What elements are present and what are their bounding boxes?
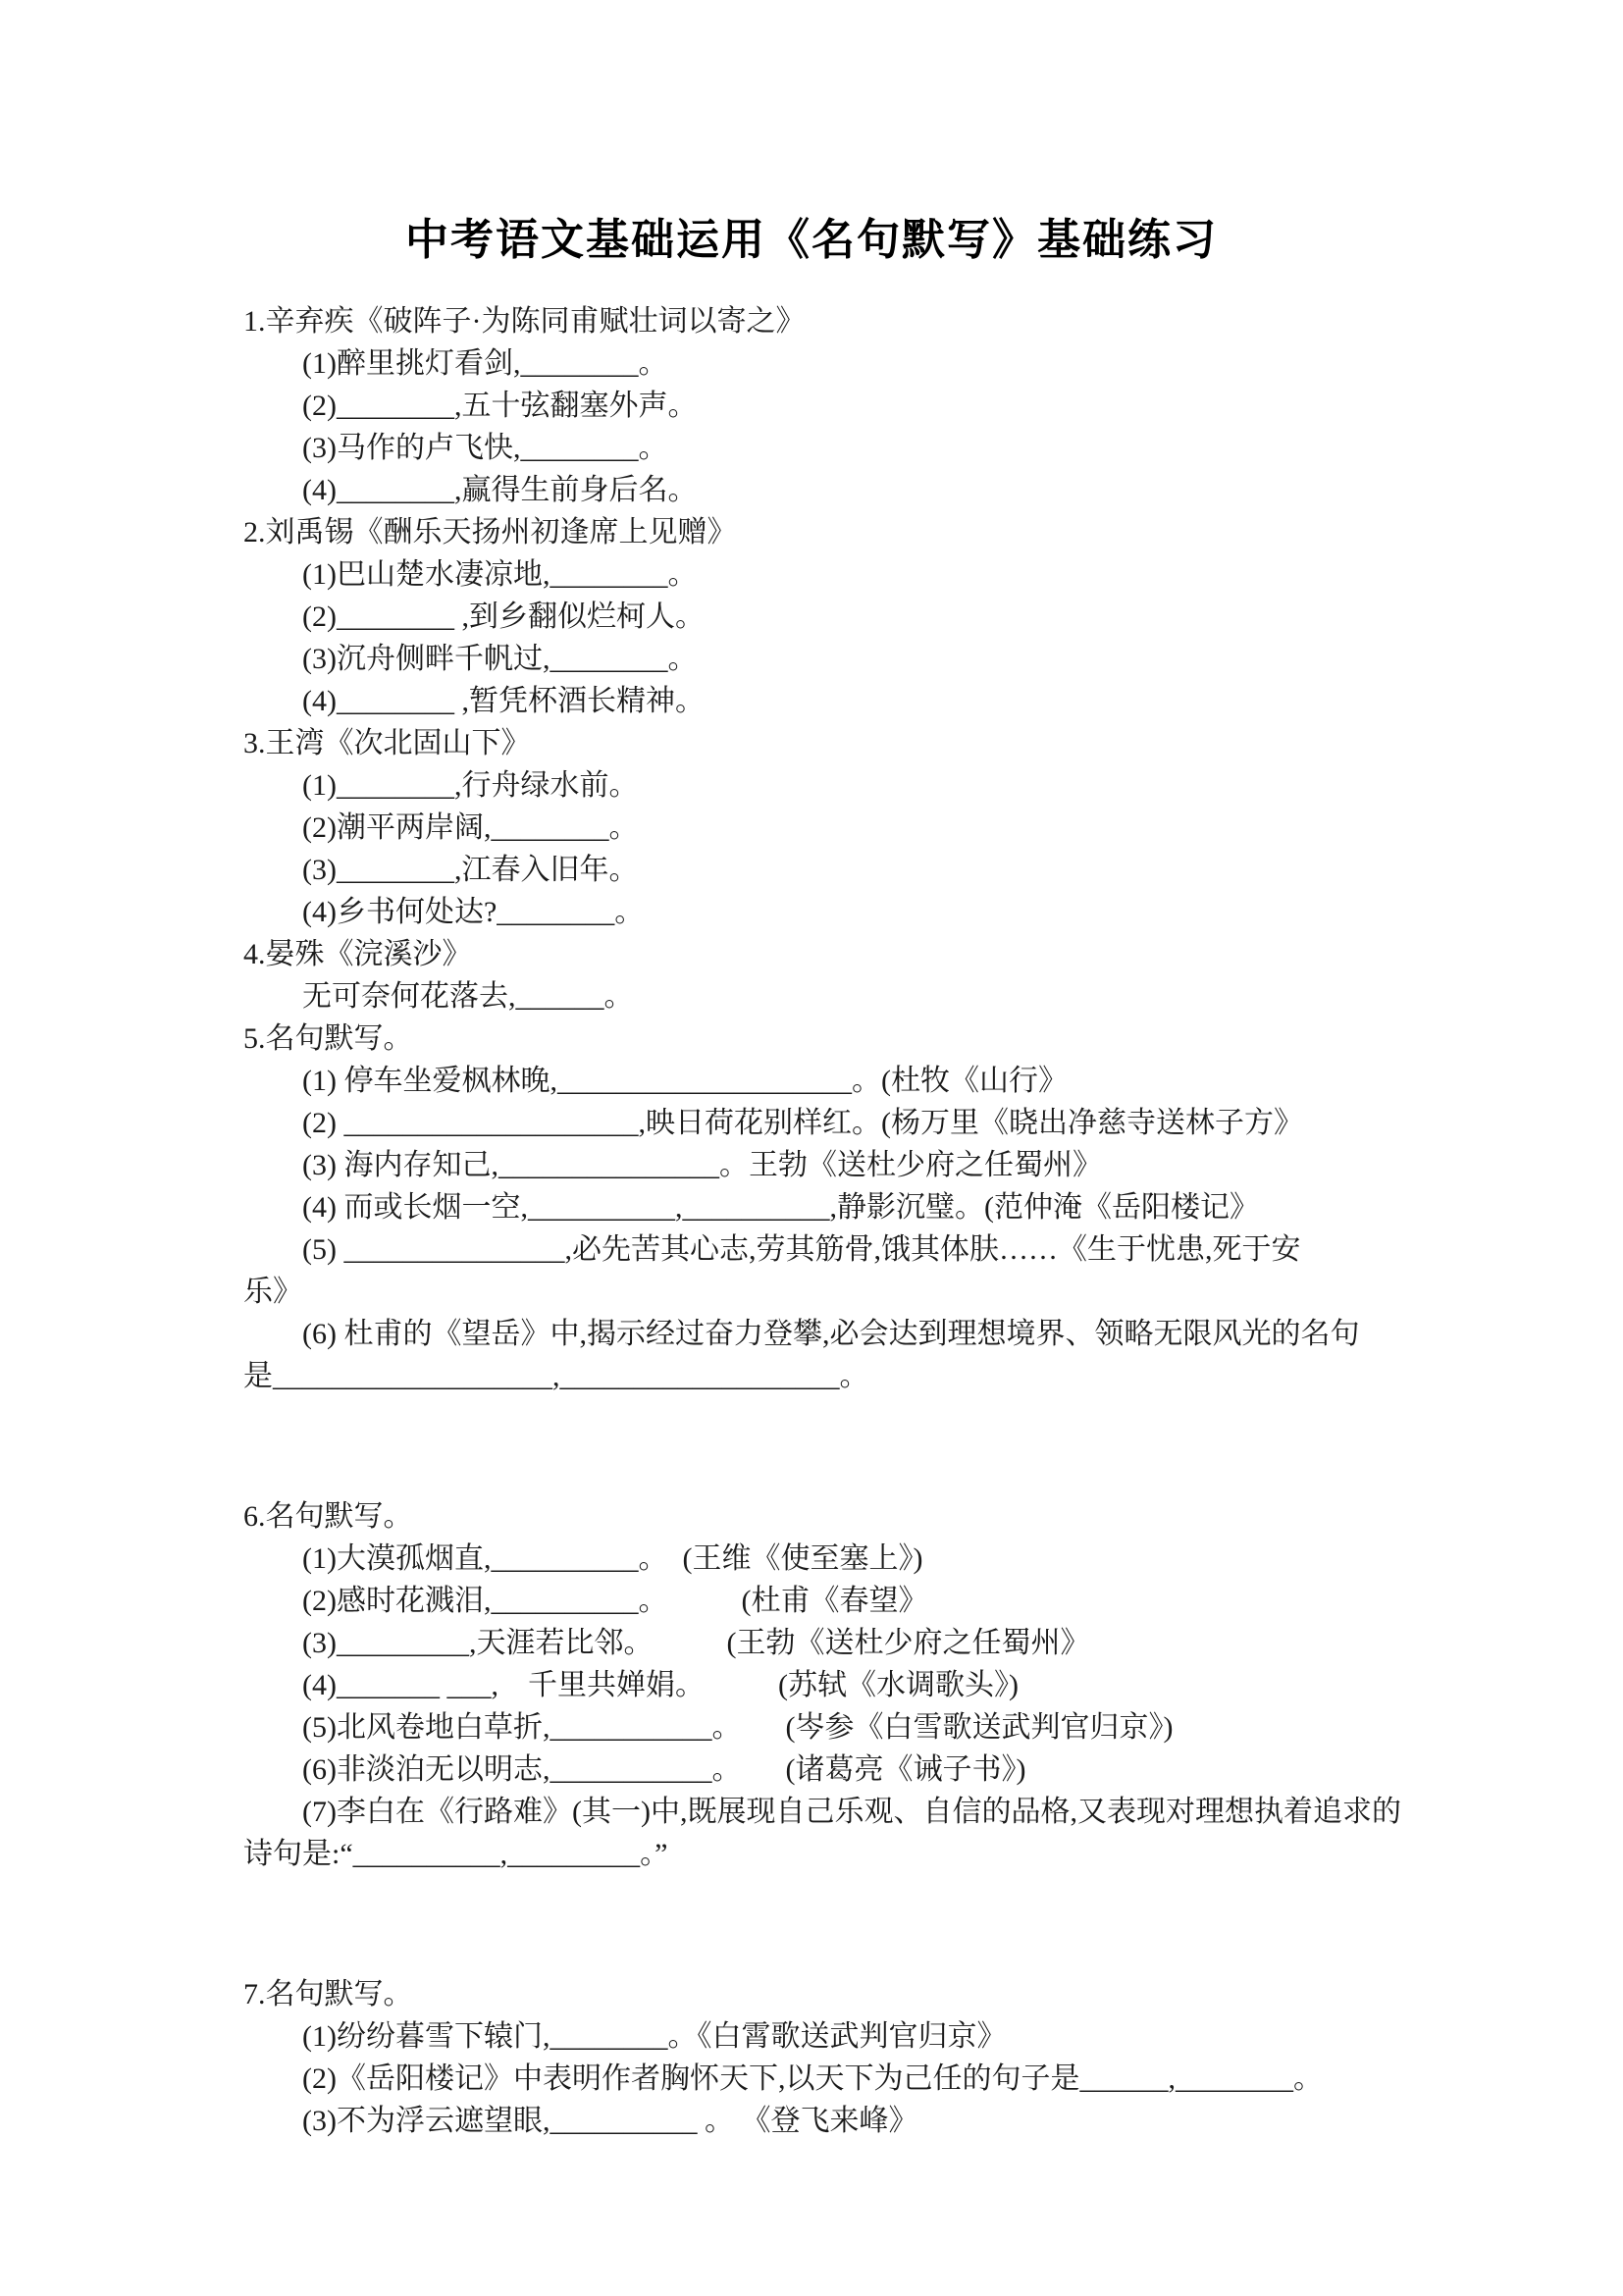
question-line: (7)李白在《行路难》(其一)中,既展现自己乐观、自信的品格,又表现对理想执着追… [0, 1791, 1623, 1833]
question-section: 7.名句默写。(1)纷纷暮雪下辕门,________。《白霄歌送武判官归京》(2… [0, 1973, 1623, 2142]
question-line: (3) 海内存知己,_______________。王勃《送杜少府之任蜀州》 [0, 1144, 1623, 1186]
question-line: (6)非淡泊无以明志,___________。 (诸葛亮《诫子书》) [0, 1748, 1623, 1791]
question-line: (1)纷纷暮雪下辕门,________。《白霄歌送武判官归京》 [0, 2015, 1623, 2058]
question-line: (1)________,行舟绿水前。 [0, 764, 1623, 807]
question-line: (4)________,赢得生前身后名。 [0, 469, 1623, 511]
question-line: (1)巴山楚水凄凉地,________。 [0, 553, 1623, 596]
question-line: (3)沉舟侧畔千帆过,________。 [0, 638, 1623, 680]
question-header: 6.名句默写。 [0, 1495, 1623, 1538]
question-line: (2) ____________________,映日荷花别样红。(杨万里《晓出… [0, 1102, 1623, 1144]
question-line: (2)________,五十弦翻塞外声。 [0, 385, 1623, 427]
question-section: 3.王湾《次北固山下》(1)________,行舟绿水前。(2)潮平两岸阔,__… [0, 722, 1623, 933]
question-line: (2)潮平两岸阔,________。 [0, 807, 1623, 849]
question-line: 诗句是:“__________,_________。” [0, 1833, 1623, 1875]
question-header: 3.王湾《次北固山下》 [0, 722, 1623, 764]
question-line: (2)《岳阳楼记》中表明作者胸怀天下,以天下为己任的句子是______,____… [0, 2058, 1623, 2100]
question-header: 2.刘禹锡《酬乐天扬州初逢席上见赠》 [0, 511, 1623, 553]
page-title: 中考语文基础运用《名句默写》基础练习 [0, 204, 1623, 267]
question-line: (3)马作的卢飞快,________。 [0, 427, 1623, 469]
question-line: (3)_________,天涯若比邻。 (王勃《送杜少府之任蜀州》 [0, 1622, 1623, 1664]
question-line: (1) 停车坐爱枫林晚,____________________。(杜牧《山行》 [0, 1060, 1623, 1102]
question-header: 1.辛弃疾《破阵子·为陈同甫赋壮词以寄之》 [0, 300, 1623, 342]
question-section: 4.晏殊《浣溪沙》无可奈何花落去,______。 [0, 933, 1623, 1018]
document-page: 中考语文基础运用《名句默写》基础练习 1.辛弃疾《破阵子·为陈同甫赋壮词以寄之》… [0, 0, 1623, 2296]
question-line: (4) 而或长烟一空,__________,__________,静影沉璧。(范… [0, 1186, 1623, 1228]
question-section: 5.名句默写。(1) 停车坐爱枫林晚,____________________。… [0, 1018, 1623, 1397]
question-line: (4)乡书何处达?________。 [0, 891, 1623, 933]
question-section: 6.名句默写。(1)大漠孤烟直,__________。 (王维《使至塞上》)(2… [0, 1495, 1623, 1875]
question-line: (3)不为浮云遮望眼,__________ 。 《登飞来峰》 [0, 2100, 1623, 2142]
question-header: 7.名句默写。 [0, 1973, 1623, 2015]
question-section: 2.刘禹锡《酬乐天扬州初逢席上见赠》(1)巴山楚水凄凉地,________。(2… [0, 511, 1623, 722]
question-line: (5)北风卷地白草折,___________。 (岑参《白雪歌送武判官归京》) [0, 1706, 1623, 1748]
question-line: (4)_______ ___, 千里共婵娟。 (苏轼《水调歌头》) [0, 1664, 1623, 1706]
question-line: 无可奈何花落去,______。 [0, 975, 1623, 1018]
question-line: (2)感时花溅泪,__________。 (杜甫《春望》 [0, 1580, 1623, 1622]
document-body: 1.辛弃疾《破阵子·为陈同甫赋壮词以寄之》(1)醉里挑灯看剑,________。… [0, 300, 1623, 2142]
question-line: (1)醉里挑灯看剑,________。 [0, 342, 1623, 385]
question-line: (6) 杜甫的《望岳》中,揭示经过奋力登攀,必会达到理想境界、领略无限风光的名句 [0, 1313, 1623, 1355]
question-header: 5.名句默写。 [0, 1018, 1623, 1060]
question-line: (2)________ ,到乡翻似烂柯人。 [0, 596, 1623, 638]
question-header: 4.晏殊《浣溪沙》 [0, 933, 1623, 975]
question-line: (5) _______________,必先苦其心志,劳其筋骨,饿其体肤……《生… [0, 1228, 1623, 1271]
question-line: 是___________________,___________________… [0, 1355, 1623, 1397]
question-line: (1)大漠孤烟直,__________。 (王维《使至塞上》) [0, 1538, 1623, 1580]
question-line: 乐》 [0, 1271, 1623, 1313]
question-line: (4)________ ,暂凭杯酒长精神。 [0, 680, 1623, 722]
question-section: 1.辛弃疾《破阵子·为陈同甫赋壮词以寄之》(1)醉里挑灯看剑,________。… [0, 300, 1623, 511]
question-line: (3)________,江春入旧年。 [0, 849, 1623, 891]
